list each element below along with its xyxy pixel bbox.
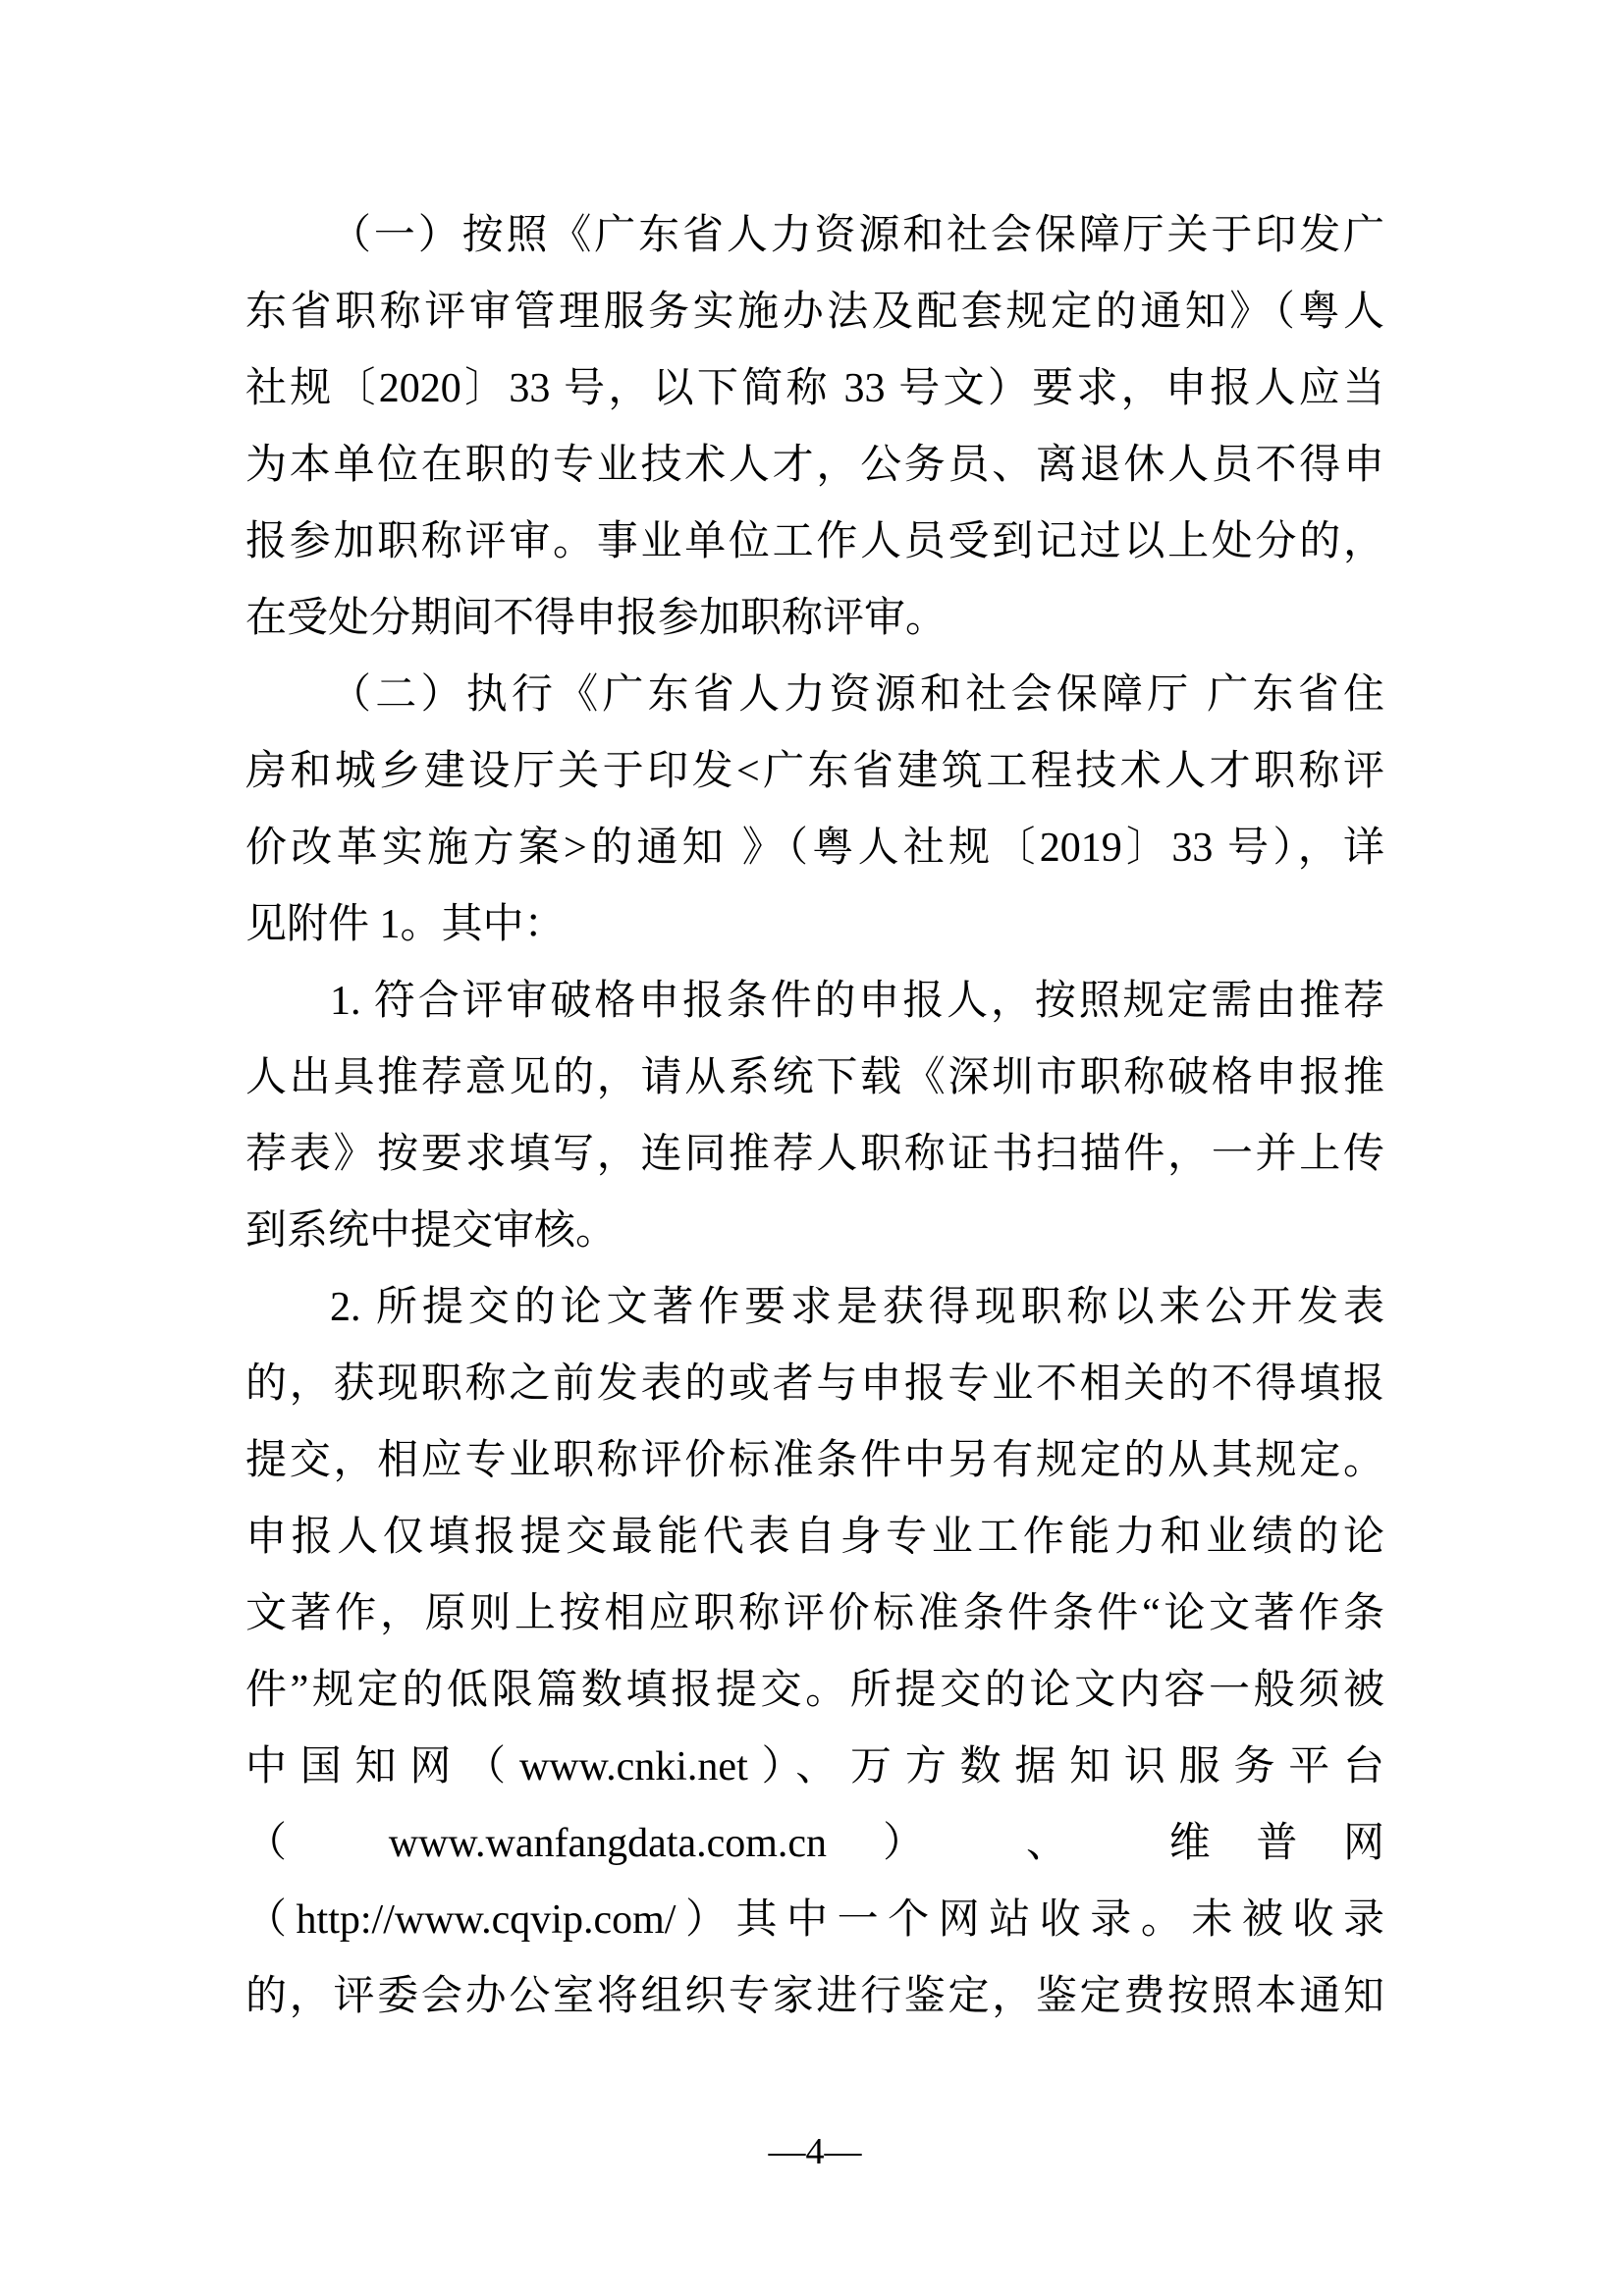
text-line: 件”规定的低限篇数填报提交。所提交的论文内容一般须被 <box>245 1652 1384 1729</box>
text-line: 提交，相应专业职称评价标准条件中另有规定的从其规定。 <box>245 1422 1384 1499</box>
text-line: （一）按照《广东省人力资源和社会保障厅关于印发广 <box>245 197 1384 274</box>
document-body: （一）按照《广东省人力资源和社会保障厅关于印发广东省职称评审管理服务实施办法及配… <box>245 197 1384 2035</box>
text-line: 文著作，原则上按相应职称评价标准条件条件“论文著作条 <box>245 1575 1384 1652</box>
text-line: 到系统中提交审核。 <box>245 1193 1384 1269</box>
text-line: 申报人仅填报提交最能代表自身专业工作能力和业绩的论 <box>245 1499 1384 1575</box>
text-line: （二）执行《广东省人力资源和社会保障厅 广东省住 <box>245 657 1384 733</box>
text-line: 2. 所提交的论文著作要求是获得现职称以来公开发表 <box>245 1269 1384 1346</box>
text-line: 中国知网（www.cnki.net）、万方数据知识服务平台 <box>245 1729 1384 1805</box>
text-line: 的，获现职称之前发表的或者与申报专业不相关的不得填报 <box>245 1346 1384 1422</box>
text-line: 见附件 1。其中： <box>245 886 1384 963</box>
text-line: 人出具推荐意见的，请从系统下载《深圳市职称破格申报推 <box>245 1040 1384 1116</box>
text-line: 为本单位在职的专业技术人才，公务员、离退休人员不得申 <box>245 427 1384 504</box>
text-line: （http://www.cqvip.com/）其中一个网站收录。未被收录 <box>245 1882 1384 1958</box>
text-line: 房和城乡建设厅关于印发<广东省建筑工程技术人才职称评 <box>245 733 1384 810</box>
text-line: 报参加职称评审。事业单位工作人员受到记过以上处分的， <box>245 504 1384 580</box>
text-line: （ www.wanfangdata.com.cn ） 、 维普网 <box>245 1805 1384 1882</box>
text-line: 在受处分期间不得申报参加职称评审。 <box>245 580 1384 657</box>
text-line: 1. 符合评审破格申报条件的申报人，按照规定需由推荐 <box>245 963 1384 1040</box>
text-line: 社规〔2020〕33 号，以下简称 33 号文）要求，申报人应当 <box>245 350 1384 427</box>
text-line: 荐表》按要求填写，连同推荐人职称证书扫描件，一并上传 <box>245 1116 1384 1193</box>
para-1-item-1: （一）按照《广东省人力资源和社会保障厅关于印发广东省职称评审管理服务实施办法及配… <box>245 197 1384 657</box>
document-page: （一）按照《广东省人力资源和社会保障厅关于印发广东省职称评审管理服务实施办法及配… <box>0 0 1624 2296</box>
text-line: 价改革实施方案>的通知 》（粤人社规〔2019〕33 号），详 <box>245 810 1384 886</box>
text-line: 东省职称评审管理服务实施办法及配套规定的通知》（粤人 <box>245 274 1384 350</box>
para-4-point-2: 2. 所提交的论文著作要求是获得现职称以来公开发表的，获现职称之前发表的或者与申… <box>245 1269 1384 2035</box>
para-2-item-2: （二）执行《广东省人力资源和社会保障厅 广东省住房和城乡建设厅关于印发<广东省建… <box>245 657 1384 963</box>
page-footer: —4— <box>245 2120 1384 2183</box>
page-number: —4— <box>769 2131 862 2172</box>
text-line: 的，评委会办公室将组织专家进行鉴定，鉴定费按照本通知 <box>245 1958 1384 2035</box>
para-3-point-1: 1. 符合评审破格申报条件的申报人，按照规定需由推荐人出具推荐意见的，请从系统下… <box>245 963 1384 1269</box>
